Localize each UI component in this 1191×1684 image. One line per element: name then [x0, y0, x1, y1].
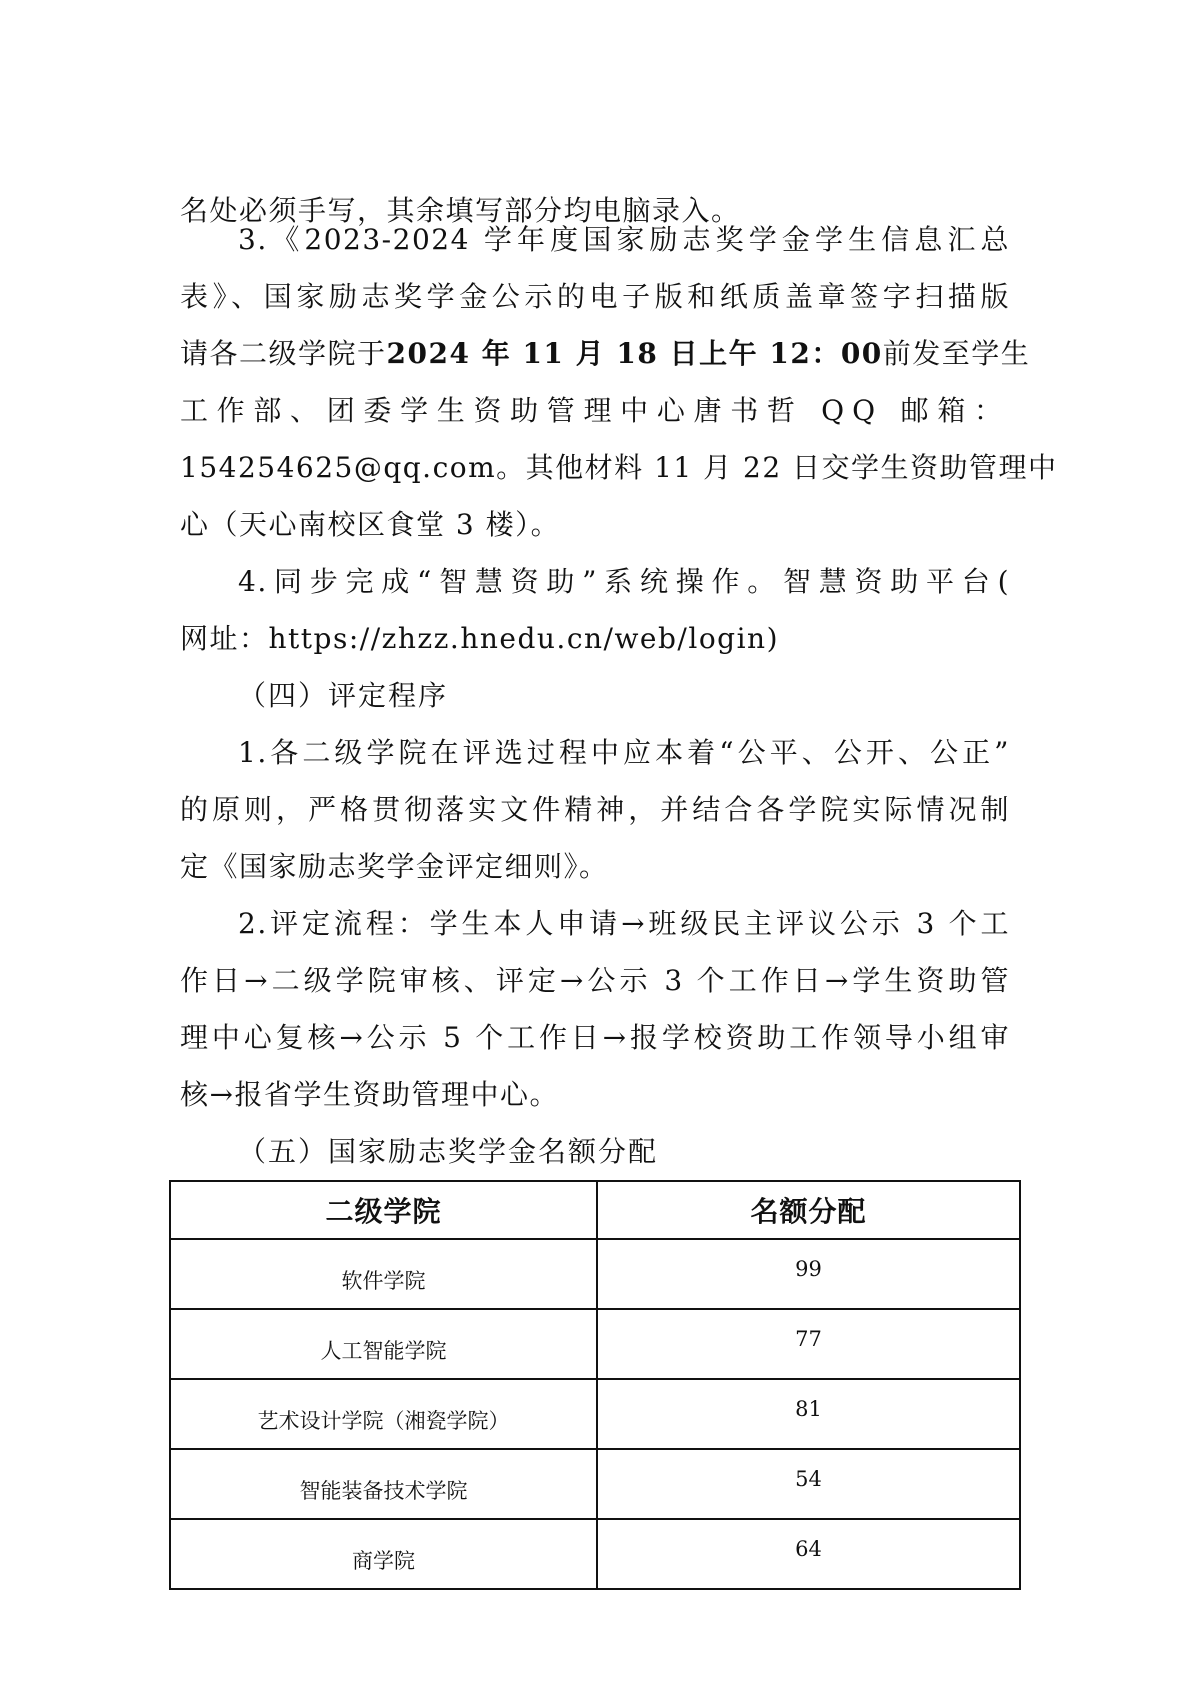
- paragraph-line: 作日→二级学院审核、评定→公示 3 个工作日→学生资助管: [180, 952, 1010, 1009]
- paragraph-line: 2.评定流程：学生本人申请→班级民主评议公示 3 个工: [238, 895, 1010, 952]
- deadline-date: 2024 年 11 月 18 日上午 12：00: [387, 337, 883, 370]
- quota-cell: 64: [597, 1519, 1020, 1589]
- quota-cell: 77: [597, 1309, 1020, 1379]
- quota-table: 二级学院 名额分配 软件学院 99 人工智能学院 77 艺术设计学院（湘瓷学院）…: [169, 1180, 1021, 1590]
- table-row: 艺术设计学院（湘瓷学院） 81: [170, 1379, 1020, 1449]
- paragraph-line-deadline: 请各二级学院于2024 年 11 月 18 日上午 12：00前发至学生: [180, 325, 1010, 382]
- table-row: 智能装备技术学院 54: [170, 1449, 1020, 1519]
- college-cell: 智能装备技术学院: [170, 1449, 597, 1519]
- header-college: 二级学院: [170, 1181, 597, 1239]
- paragraph-line: 表》、国家励志奖学金公示的电子版和纸质盖章签字扫描版: [180, 268, 1010, 325]
- paragraph-line: 3.《2023-2024 学年度国家励志奖学金学生信息汇总: [238, 211, 1010, 268]
- college-cell: 人工智能学院: [170, 1309, 597, 1379]
- paragraph-line: 心（天心南校区食堂 3 楼）。: [180, 496, 1010, 553]
- paragraph-line: 1.各二级学院在评选过程中应本着“公平、公开、公正”: [238, 724, 1010, 781]
- college-cell: 艺术设计学院（湘瓷学院）: [170, 1379, 597, 1449]
- paragraph-line-email: 154254625@qq.com。其他材料 11 月 22 日交学生资助管理中: [180, 439, 1010, 496]
- paragraph-line: 核→报省学生资助管理中心。: [180, 1066, 1010, 1123]
- table-row: 人工智能学院 77: [170, 1309, 1020, 1379]
- paragraph-line-url: 网址：https://zhzz.hnedu.cn/web/login): [180, 610, 1010, 667]
- quota-cell: 81: [597, 1379, 1020, 1449]
- paragraph-line: 理中心复核→公示 5 个工作日→报学校资助工作领导小组审: [180, 1009, 1010, 1066]
- table-row: 商学院 64: [170, 1519, 1020, 1589]
- deadline-prefix: 请各二级学院于: [180, 337, 387, 370]
- table-header-row: 二级学院 名额分配: [170, 1181, 1020, 1239]
- quota-cell: 99: [597, 1239, 1020, 1309]
- quota-cell: 54: [597, 1449, 1020, 1519]
- table-row: 软件学院 99: [170, 1239, 1020, 1309]
- section-heading-4: （四）评定程序: [238, 667, 1068, 724]
- college-cell: 软件学院: [170, 1239, 597, 1309]
- section-heading-5: （五）国家励志奖学金名额分配: [238, 1123, 1068, 1180]
- deadline-suffix: 前发至学生: [883, 337, 1031, 370]
- paragraph-line: 定《国家励志奖学金评定细则》。: [180, 838, 1010, 895]
- paragraph-line: 的原则，严格贯彻落实文件精神，并结合各学院实际情况制: [180, 781, 1010, 838]
- college-cell: 商学院: [170, 1519, 597, 1589]
- header-quota: 名额分配: [597, 1181, 1020, 1239]
- paragraph-line: 工作部、团委学生资助管理中心唐书哲 QQ 邮箱：: [180, 382, 1010, 439]
- paragraph-line: 4.同步完成“智慧资助”系统操作。智慧资助平台(: [238, 553, 1010, 610]
